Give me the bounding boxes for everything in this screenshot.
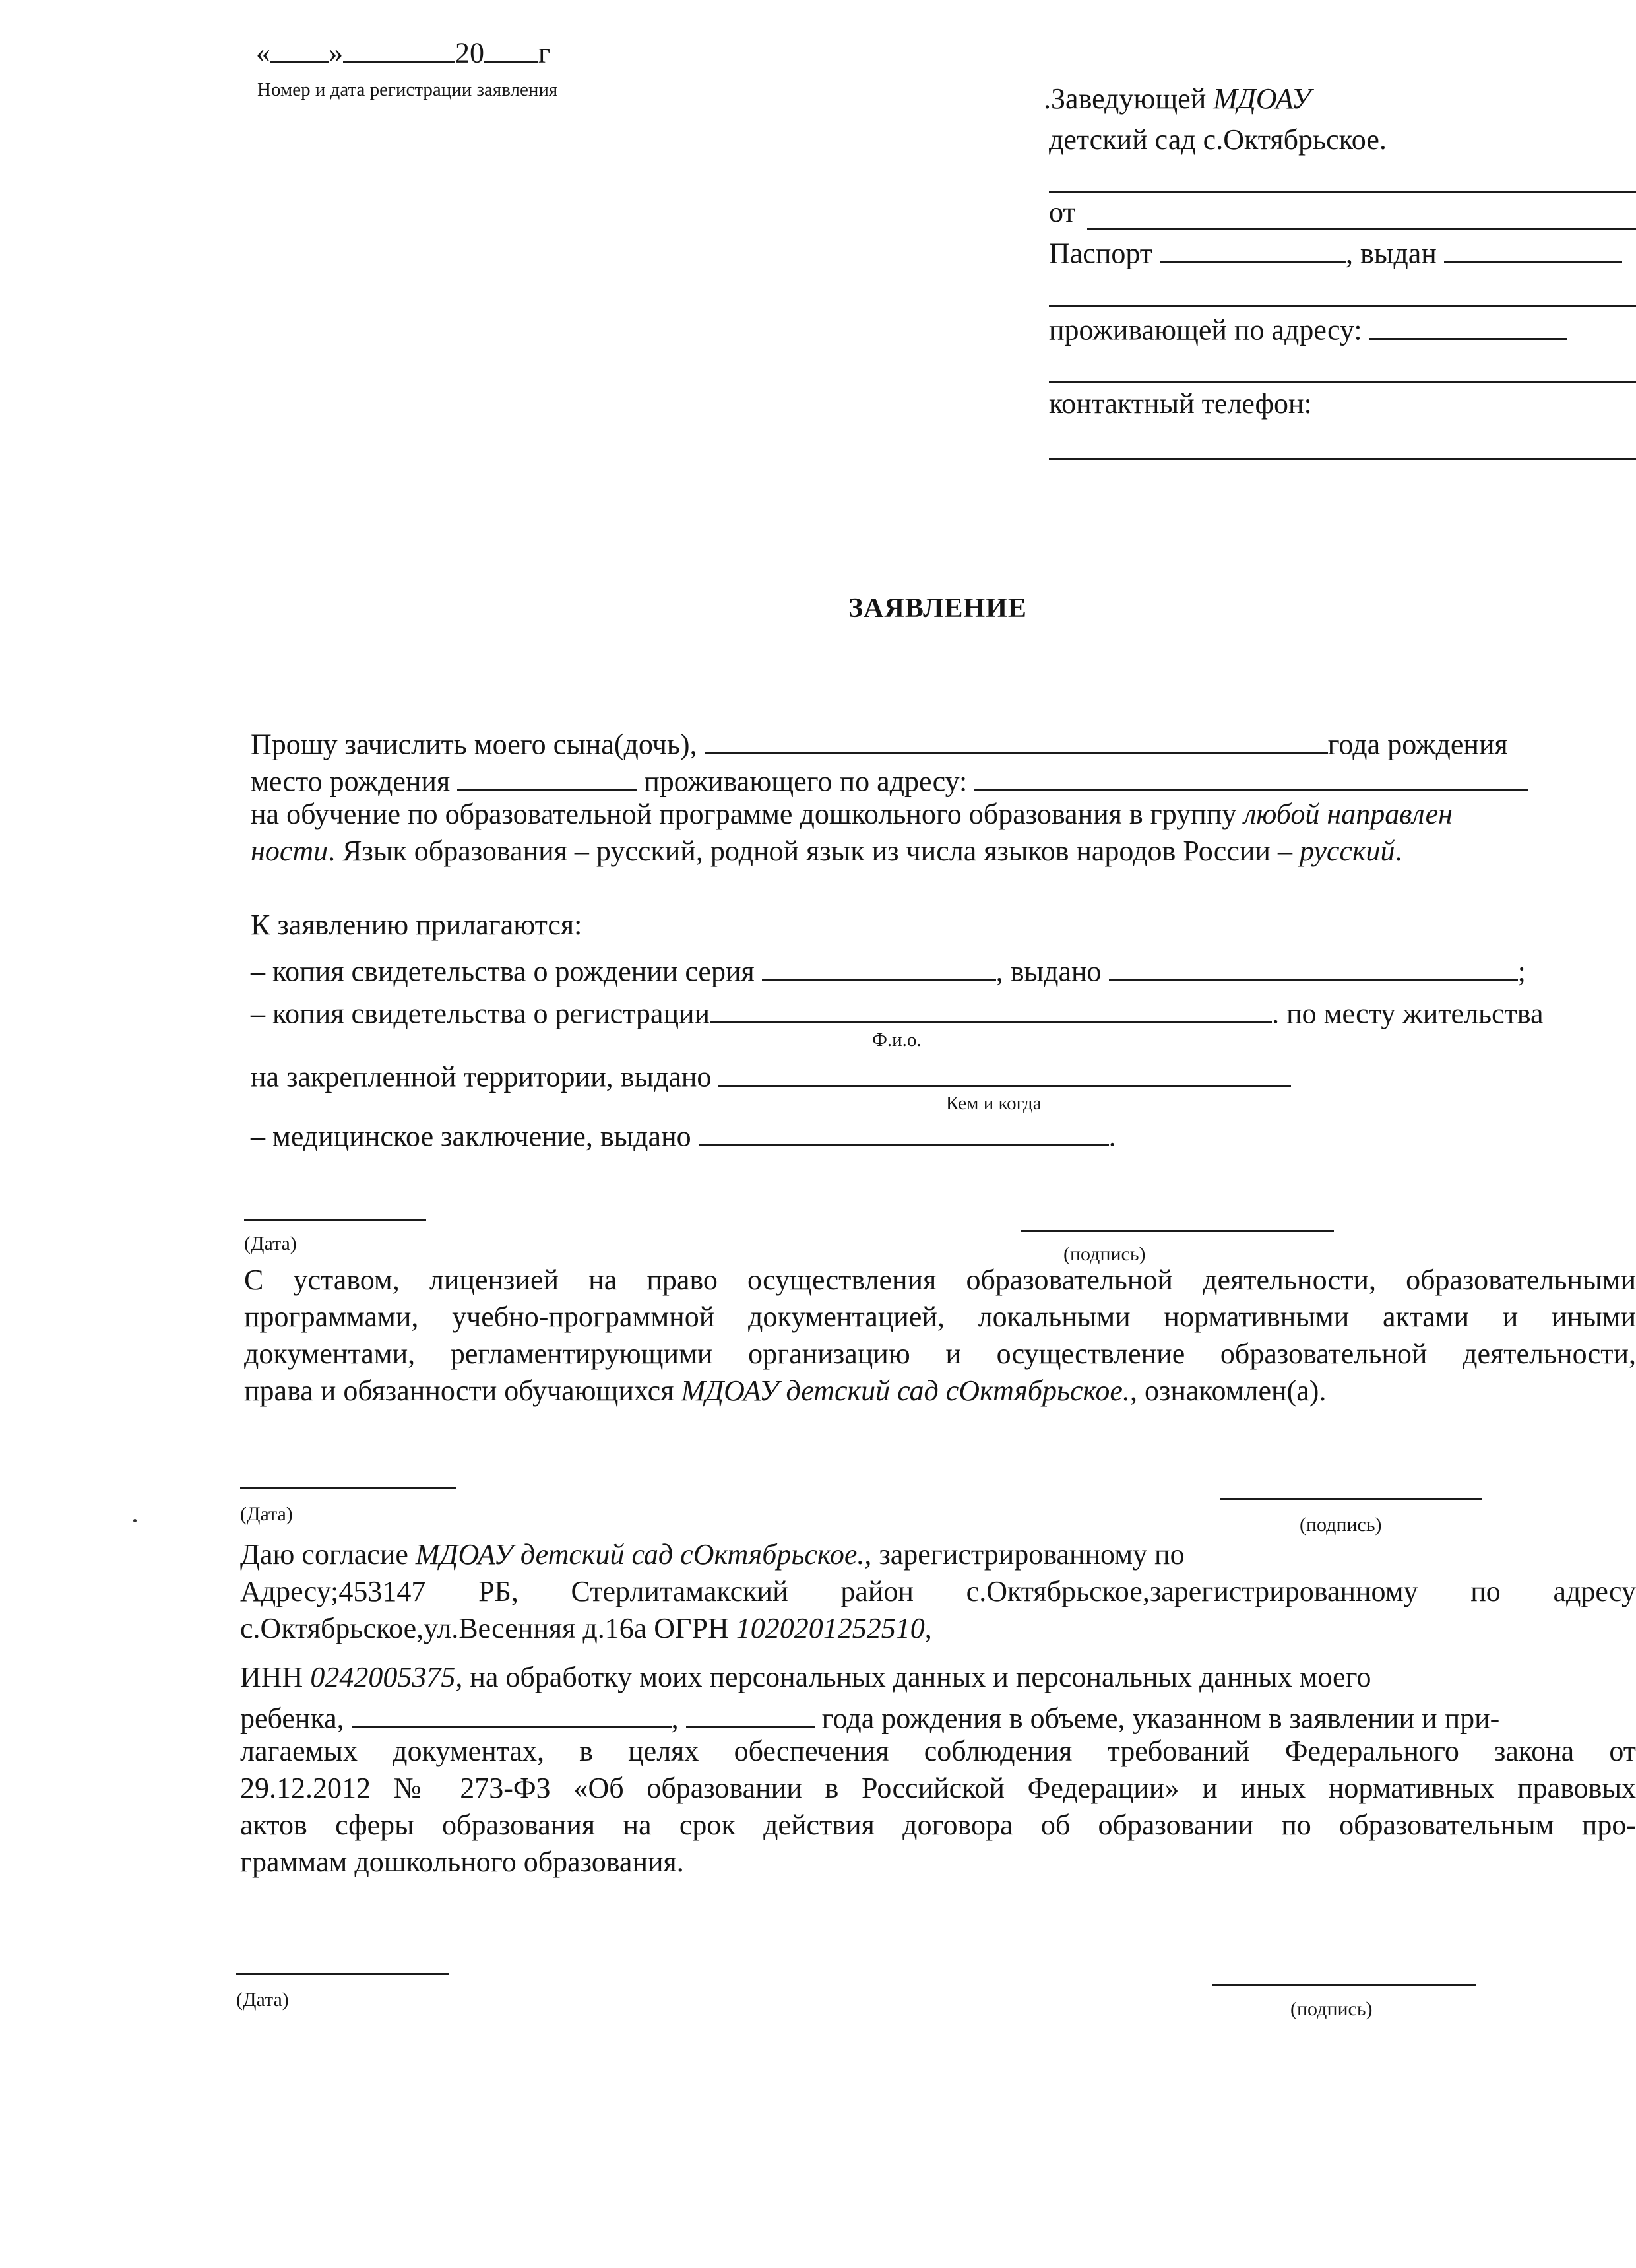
native-language: русский	[1300, 835, 1395, 867]
signature-label-3: (подпись)	[1290, 1999, 1373, 2019]
attachment-medical: – медицинское заключение, выдано .	[251, 1118, 1116, 1151]
document-title: ЗАЯВЛЕНИЕ	[848, 593, 1027, 624]
consent-birth-year-field[interactable]	[686, 1700, 815, 1728]
passport-label: Паспорт	[1049, 238, 1152, 270]
acknowledged-text: , ознакомлен(а).	[1130, 1375, 1326, 1407]
language-text: . Язык образования – русский, родной язы…	[328, 835, 1300, 867]
signature-field-3[interactable]	[1212, 1984, 1476, 1986]
address-ogrn-label: с.Октябрьское,ул.Весенняя д.16а ОГРН	[240, 1612, 736, 1644]
from-field[interactable]	[1087, 228, 1636, 230]
processing-text: , на обработку моих персональных данных …	[455, 1661, 1371, 1693]
birth-cert-label: – копия свидетельства о рождении серия	[251, 956, 755, 988]
day-blank[interactable]	[270, 34, 329, 63]
signature-field-1[interactable]	[1021, 1230, 1334, 1232]
passport-field[interactable]	[1160, 235, 1346, 263]
group-type-cont: ности	[251, 835, 328, 867]
consent-text: Даю согласие	[240, 1538, 416, 1571]
consent-line-5: ребенка, , года рождения в объеме, указа…	[240, 1700, 1499, 1733]
acknowledgement-line-2: программами, учебно-программной документ…	[244, 1303, 1636, 1332]
close-quote: »	[329, 37, 343, 69]
birthplace-field[interactable]	[457, 763, 637, 791]
registration-caption: Номер и дата регистрации заявления	[257, 81, 557, 100]
consent-line-6: лагаемых документах, в целях обеспечения…	[240, 1737, 1636, 1766]
year-blank[interactable]	[484, 34, 538, 63]
passport-line: Паспорт , выдан	[1049, 235, 1622, 269]
request-line-4: ности. Язык образования – русский, родно…	[251, 837, 1402, 866]
residing-continuation[interactable]	[1049, 381, 1636, 383]
date-field-2[interactable]	[240, 1487, 456, 1489]
scan-speck	[133, 1519, 137, 1522]
consent-line-4: ИНН 0242005375, на обработку моих персон…	[240, 1663, 1371, 1692]
child-address-field[interactable]	[974, 763, 1528, 791]
addressee-prefix: .Заведующей	[1044, 82, 1213, 115]
semicolon: ;	[1518, 956, 1526, 988]
addressee-blank-line[interactable]	[1049, 191, 1636, 193]
ogrn-value: 1020201252510	[736, 1612, 925, 1644]
date-label-2: (Дата)	[240, 1505, 293, 1524]
attachment-registration-certificate: – копия свидетельства о регистрации. по …	[251, 995, 1544, 1029]
residing-label: проживающей по адресу:	[1049, 314, 1362, 346]
date-field-1[interactable]	[244, 1219, 426, 1221]
consent-line-3: с.Октябрьское,ул.Весенняя д.16а ОГРН 102…	[240, 1614, 932, 1643]
phone-field[interactable]	[1049, 458, 1636, 460]
date-label-1: (Дата)	[244, 1234, 297, 1254]
request-line-2: место рождения проживающего по адресу:	[251, 763, 1528, 796]
acknowledgement-line-4: права и обязанности обучающихся МДОАУ де…	[244, 1377, 1326, 1406]
signature-label-2: (подпись)	[1300, 1515, 1382, 1535]
medical-label: – медицинское заключение, выдано	[251, 1120, 691, 1153]
residing-field[interactable]	[1369, 311, 1567, 340]
consent-line-9: граммам дошкольного образования.	[240, 1848, 684, 1877]
comma: ,	[925, 1612, 932, 1644]
date-field-3[interactable]	[236, 1973, 449, 1975]
acknowledgement-line-3: документами, регламентирующими организац…	[244, 1340, 1636, 1369]
request-line-3: на обучение по образовательной программе…	[251, 800, 1453, 829]
passport-issued-continuation[interactable]	[1049, 305, 1636, 307]
residing-line: проживающей по адресу:	[1049, 311, 1567, 345]
comma: ,	[672, 1702, 679, 1735]
residence-label: . по месту жительства	[1272, 998, 1543, 1030]
institution-name: МДОАУ детский сад сОктябрьское.	[681, 1375, 1130, 1407]
institution-abbr: МДОАУ	[1213, 82, 1311, 115]
fio-hint: Ф.и.о.	[872, 1031, 922, 1050]
institution-name: МДОАУ детский сад сОктябрьское.	[416, 1538, 865, 1571]
consent-scope-text: года рождения в объеме, указанном в заяв…	[822, 1702, 1500, 1735]
ack-text: права и обязанности обучающихся	[244, 1375, 681, 1407]
territory-label: на закрепленной территории, выдано	[251, 1061, 711, 1093]
program-text: на обучение по образовательной программе…	[251, 798, 1243, 830]
registered-text: , зарегистрированному по	[864, 1538, 1184, 1571]
consent-line-8: актов сферы образования на срок действия…	[240, 1811, 1636, 1840]
issuer-hint: Кем и когда	[946, 1094, 1042, 1113]
consent-line-1: Даю согласие МДОАУ детский сад сОктябрьс…	[240, 1540, 1185, 1569]
year-prefix: 20	[455, 37, 484, 69]
attachment-territory: на закрепленной территории, выдано	[251, 1058, 1291, 1092]
consent-line-2: Адресу;453147 РБ, Стерлитамакский район …	[240, 1577, 1636, 1606]
attachments-heading: К заявлению прилагаются:	[251, 911, 582, 940]
child-address-label: проживающего по адресу:	[644, 765, 967, 798]
reg-cert-label: – копия свидетельства о регистрации	[251, 998, 710, 1030]
request-text: Прошу зачислить моего сына(дочь),	[251, 729, 697, 761]
birth-cert-series-field[interactable]	[762, 953, 996, 981]
acknowledgement-line-1: С уставом, лицензией на право осуществле…	[244, 1266, 1636, 1295]
period: .	[1109, 1120, 1116, 1153]
consent-child-name-field[interactable]	[352, 1700, 672, 1728]
addressee-line-1: .Заведующей МДОАУ	[1044, 84, 1311, 113]
consent-line-7: 29.12.2012 № 273-ФЗ «Об образовании в Ро…	[240, 1774, 1636, 1803]
addressee-line-2: детский сад с.Октябрьское.	[1049, 125, 1387, 154]
group-type: любой направлен	[1243, 798, 1453, 830]
from-label: от	[1049, 198, 1076, 227]
month-blank[interactable]	[343, 34, 455, 63]
child-label: ребенка,	[240, 1702, 344, 1735]
territory-issued-field[interactable]	[718, 1058, 1291, 1087]
medical-issued-field[interactable]	[699, 1118, 1109, 1146]
phone-label: контактный телефон:	[1049, 389, 1312, 418]
open-quote: «	[256, 37, 270, 69]
passport-issued-label: , выдан	[1346, 238, 1437, 270]
year-suffix: г	[538, 37, 550, 69]
attachment-birth-certificate: – копия свидетельства о рождении серия ,…	[251, 953, 1526, 987]
birth-year-label: года рождения	[1328, 729, 1508, 761]
signature-field-2[interactable]	[1220, 1498, 1482, 1500]
child-name-field[interactable]	[705, 726, 1328, 754]
passport-issued-field[interactable]	[1444, 235, 1622, 263]
registration-date-line: «»20г	[256, 34, 550, 68]
period: .	[1395, 835, 1402, 867]
signature-label-1: (подпись)	[1063, 1245, 1146, 1264]
birth-cert-issued-label: , выдано	[996, 956, 1102, 988]
date-label-3: (Дата)	[236, 1990, 289, 2010]
inn-label: ИНН	[240, 1661, 310, 1693]
birth-cert-issued-field[interactable]	[1109, 953, 1518, 981]
birthplace-label: место рождения	[251, 765, 450, 798]
inn-value: 0242005375	[310, 1661, 455, 1693]
reg-cert-name-field[interactable]	[710, 995, 1272, 1023]
request-line-1: Прошу зачислить моего сына(дочь), года р…	[251, 726, 1508, 760]
